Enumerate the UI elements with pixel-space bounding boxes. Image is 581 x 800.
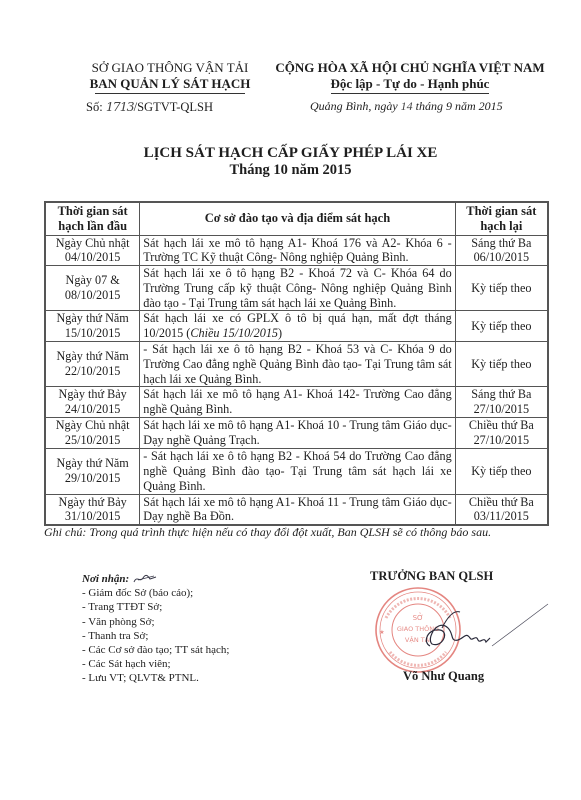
recipient-item: - Các Cơ sở đào tạo; TT sát hạch;	[82, 643, 229, 657]
footnote: Ghi chú: Trong quá trình thực hiện nếu c…	[44, 525, 491, 540]
description-italic: Chiều 15/10/2015	[190, 326, 278, 340]
first-exam-date-cell: Ngày thứ Năm22/10/2015	[45, 342, 140, 387]
place-prefix: Quảng Bình, ngày	[310, 99, 398, 113]
nation-name: CỘNG HÒA XÃ HỘI CHỦ NGHĨA VIỆT NAM	[250, 60, 570, 76]
table-row: Ngày Chủ nhật04/10/2015Sát hạch lái xe m…	[45, 235, 548, 266]
retake-time-cell: Chiều thứ Ba27/10/2015	[455, 418, 548, 449]
handwritten-signature-icon	[420, 598, 550, 658]
date-value: 08/10/2015	[49, 288, 136, 303]
doc-no-label: Số:	[86, 100, 103, 114]
description-text: Sát hạch lái xe mô tô hạng A1- Khoá 142-…	[143, 387, 451, 416]
description-text: Sát hạch lái xe mô tô hạng A1- Khoá 10 -…	[143, 418, 451, 447]
center-location-cell: - Sát hạch lái xe ô tô hạng B2 - Khoá 53…	[140, 342, 455, 387]
date-weekday: Ngày thứ Năm	[49, 311, 136, 326]
table-row: Ngày thứ Năm15/10/2015Sát hạch lái xe có…	[45, 311, 548, 342]
document-title: LỊCH SÁT HẠCH CẤP GIẤY PHÉP LÁI XE	[0, 145, 581, 162]
schedule-table: Thời gian sát hạch lần đầu Cơ sở đào tạo…	[44, 201, 549, 526]
table-row: Ngày thứ Bảy24/10/2015Sát hạch lái xe mô…	[45, 387, 548, 418]
retake-line1: Sáng thứ Ba	[459, 387, 544, 402]
initials-signature-icon	[132, 574, 158, 584]
first-exam-date-cell: Ngày thứ Bảy24/10/2015	[45, 387, 140, 418]
retake-time-cell: Sáng thứ Ba06/10/2015	[455, 235, 548, 266]
recipient-item: - Trang TTĐT Sở;	[82, 600, 229, 614]
center-location-cell: Sát hạch lái xe mô tô hạng A1- Khoá 10 -…	[140, 418, 455, 449]
date-value: 29/10/2015	[49, 471, 136, 486]
signer-title: TRƯỞNG BAN QLSH	[370, 569, 493, 584]
recipient-item: - Giám đốc Sở (báo cáo);	[82, 586, 229, 600]
document-number: Số: 1713/SGTVT-QLSH	[86, 99, 213, 115]
doc-no-handwritten: 1713	[106, 99, 134, 114]
retake-line1: Chiều thứ Ba	[459, 495, 544, 510]
national-motto: Độc lập - Tự do - Hạnh phúc	[331, 76, 490, 94]
retake-line1: Sáng thứ Ba	[459, 236, 544, 251]
first-exam-date-cell: Ngày thứ Năm15/10/2015	[45, 311, 140, 342]
doc-no-suffix: /SGTVT-QLSH	[134, 100, 213, 114]
retake-line2: 27/10/2015	[459, 433, 544, 448]
retake-line1: Chiều thứ Ba	[459, 418, 544, 433]
first-exam-date-cell: Ngày thứ Bảy31/10/2015	[45, 494, 140, 525]
signer-name: Võ Như Quang	[403, 669, 484, 684]
agency-underline	[95, 93, 245, 94]
date-value: 24/10/2015	[49, 402, 136, 417]
date-weekday: Ngày thứ Năm	[49, 456, 136, 471]
date-weekday: Ngày thứ Bảy	[49, 387, 136, 402]
retake-line2: 27/10/2015	[459, 402, 544, 417]
retake-time-cell: Kỳ tiếp theo	[455, 311, 548, 342]
first-exam-date-cell: Ngày Chủ nhật04/10/2015	[45, 235, 140, 266]
center-location-cell: - Sát hạch lái xe ô tô hạng B2 - Khoá 54…	[140, 448, 455, 494]
description-after: )	[278, 326, 282, 340]
description-text: - Sát hạch lái xe ô tô hạng B2 - Khoá 53…	[143, 342, 451, 386]
center-location-cell: Sát hạch lái xe mô tô hạng A1- Khoá 142-…	[140, 387, 455, 418]
date-value: 04/10/2015	[49, 250, 136, 265]
recipient-item: - Lưu VT; QLVT& PTNL.	[82, 671, 229, 685]
retake-line1: Kỳ tiếp theo	[459, 281, 544, 296]
date-weekday: Ngày Chủ nhật	[49, 236, 136, 251]
retake-line1: Kỳ tiếp theo	[459, 357, 544, 372]
description-text: - Sát hạch lái xe ô tô hạng B2 - Khoá 54…	[143, 449, 451, 493]
date-weekday: Ngày Chủ nhật	[49, 418, 136, 433]
description-text: Sát hạch lái xe mô tô hạng A1- Khoá 176 …	[143, 236, 451, 265]
recipients-list: - Giám đốc Sở (báo cáo);- Trang TTĐT Sở;…	[82, 586, 229, 685]
center-location-cell: Sát hạch lái xe mô tô hạng A1- Khoá 11 -…	[140, 494, 455, 525]
center-location-cell: Sát hạch lái xe mô tô hạng A1- Khoá 176 …	[140, 235, 455, 266]
center-location-cell: Sát hạch lái xe có GPLX ô tô bị quá hạn,…	[140, 311, 455, 342]
date-value: 25/10/2015	[49, 433, 136, 448]
header-center-location: Cơ sở đào tạo và địa điểm sát hạch	[140, 202, 455, 235]
first-exam-date-cell: Ngày 07 &08/10/2015	[45, 266, 140, 311]
description-text: Sát hạch lái xe mô tô hạng A1- Khoá 11 -…	[143, 495, 451, 524]
date-value: 31/10/2015	[49, 509, 136, 524]
retake-time-cell: Kỳ tiếp theo	[455, 342, 548, 387]
table-row: Ngày 07 &08/10/2015Sát hạch lái xe ô tô …	[45, 266, 548, 311]
recipients-block: Nơi nhận: - Giám đốc Sở (báo cáo);- Tran…	[82, 572, 229, 686]
document-subtitle: Tháng 10 năm 2015	[0, 162, 581, 179]
table-row: Ngày thứ Năm22/10/2015- Sát hạch lái xe …	[45, 342, 548, 387]
date-value: 15/10/2015	[49, 326, 136, 341]
table-header-row: Thời gian sát hạch lần đầu Cơ sở đào tạo…	[45, 202, 548, 235]
retake-line1: Kỳ tiếp theo	[459, 464, 544, 479]
recipient-item: - Các Sát hạch viên;	[82, 657, 229, 671]
retake-time-cell: Chiều thứ Ba03/11/2015	[455, 494, 548, 525]
description-text: Sát hạch lái xe ô tô hạng B2 - Khoá 72 v…	[143, 266, 451, 310]
header-first-exam-time: Thời gian sát hạch lần đầu	[45, 202, 140, 235]
date-weekday: Ngày thứ Bảy	[49, 495, 136, 510]
retake-line2: 03/11/2015	[459, 509, 544, 524]
retake-line1: Kỳ tiếp theo	[459, 319, 544, 334]
recipient-item: - Văn phòng Sở;	[82, 615, 229, 629]
center-location-cell: Sát hạch lái xe ô tô hạng B2 - Khoá 72 v…	[140, 266, 455, 311]
date-weekday: Ngày 07 &	[49, 273, 136, 288]
table-row: Ngày thứ Bảy31/10/2015Sát hạch lái xe mô…	[45, 494, 548, 525]
header-retake-time: Thời gian sát hạch lại	[455, 202, 548, 235]
table-row: Ngày Chủ nhật25/10/2015Sát hạch lái xe m…	[45, 418, 548, 449]
date-value: 22/10/2015	[49, 364, 136, 379]
place-suffix: tháng 9 năm 2015	[416, 99, 503, 113]
recipients-heading: Nơi nhận:	[82, 573, 129, 585]
first-exam-date-cell: Ngày Chủ nhật25/10/2015	[45, 418, 140, 449]
retake-time-cell: Kỳ tiếp theo	[455, 448, 548, 494]
retake-line2: 06/10/2015	[459, 250, 544, 265]
national-header: CỘNG HÒA XÃ HỘI CHỦ NGHĨA VIỆT NAM Độc l…	[250, 60, 570, 94]
recipient-item: - Thanh tra Sở;	[82, 629, 229, 643]
retake-time-cell: Sáng thứ Ba27/10/2015	[455, 387, 548, 418]
day-handwritten: 14	[401, 99, 413, 113]
retake-time-cell: Kỳ tiếp theo	[455, 266, 548, 311]
svg-text:★: ★	[379, 629, 384, 636]
table-row: Ngày thứ Năm29/10/2015- Sát hạch lái xe …	[45, 448, 548, 494]
first-exam-date-cell: Ngày thứ Năm29/10/2015	[45, 448, 140, 494]
place-date: Quảng Bình, ngày 14 tháng 9 năm 2015	[310, 99, 503, 114]
date-weekday: Ngày thứ Năm	[49, 349, 136, 364]
